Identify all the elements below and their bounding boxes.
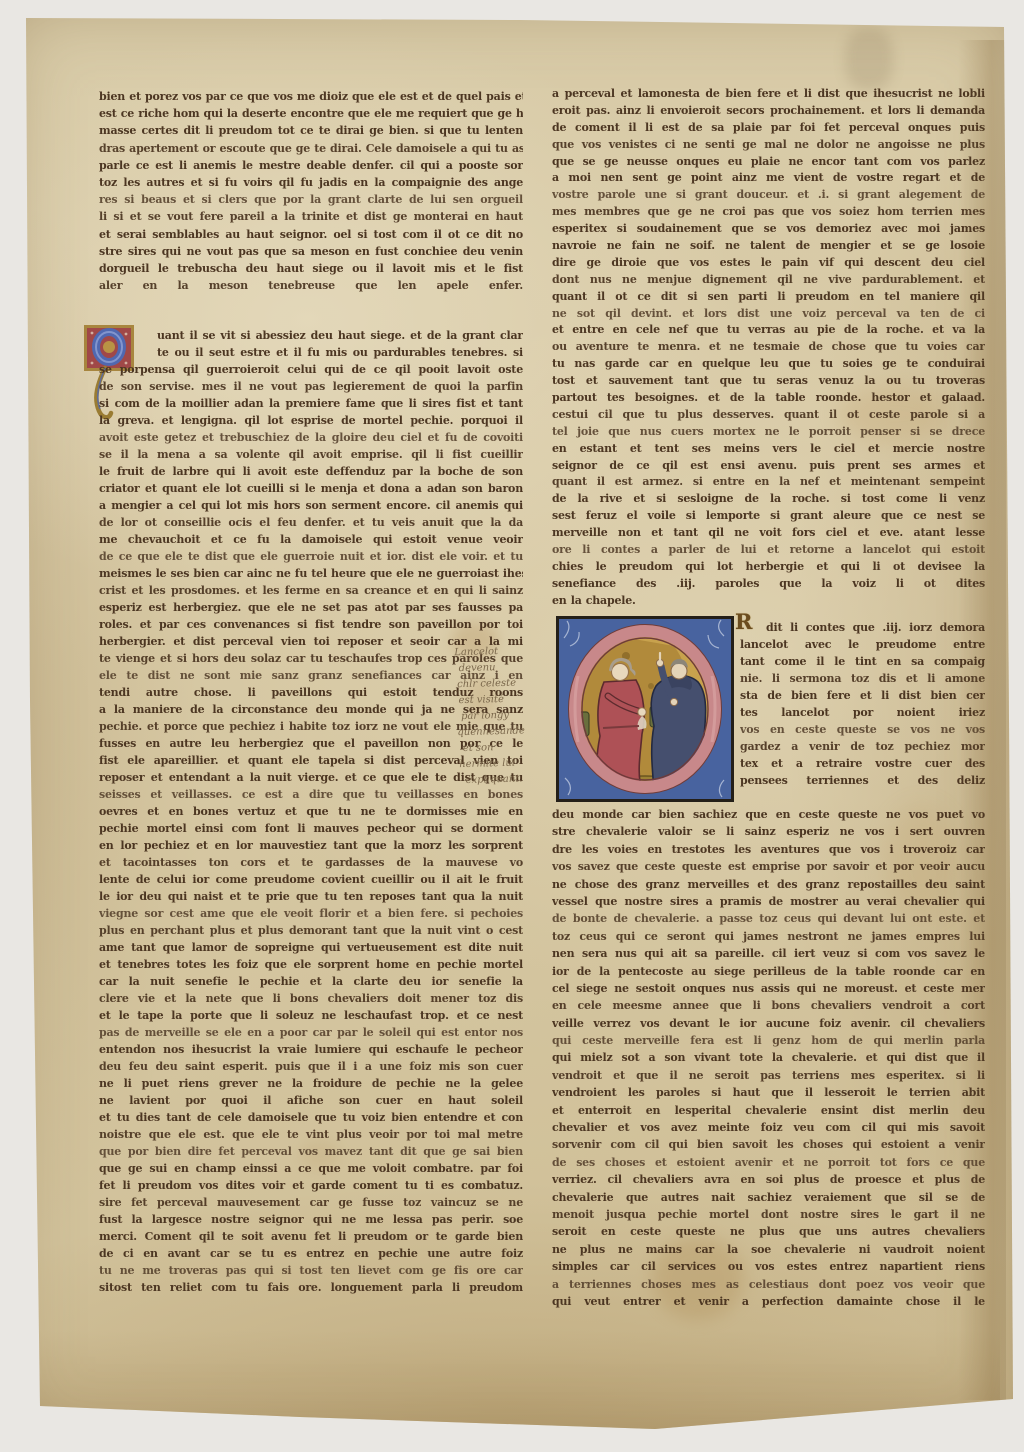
text-line: et enterroit en lesperital chevalerie en… (552, 1102, 985, 1119)
text-line: si com de la moillier adan la premiere f… (99, 395, 523, 412)
text-line: chevalier et vos avez meinte foiz veu co… (552, 1119, 985, 1136)
text-line: a terriennes choses mes as celestiaus do… (552, 1276, 985, 1293)
text-line: de coment il li est de sa plaie par foi … (552, 120, 985, 137)
text-line: quant il est armez. si entre en la nef e… (552, 474, 985, 491)
text-line: expliquant. (465, 771, 549, 789)
text-line: qui ceste merveille fera est li genz hom… (552, 1032, 985, 1049)
text-line: que vos venistes ci ne senti ge mal ne d… (552, 137, 985, 154)
text-line: noistre que ele est. que ele te vint plu… (99, 1126, 523, 1143)
text-line: senefiance des .iij. paroles que la voiz… (552, 576, 985, 593)
text-line: cestui cil que tu plus desserves. quant … (552, 407, 985, 424)
text-line: deu monde car bien sachiez que en ceste … (552, 806, 985, 823)
text-line: en la chapele. (552, 593, 985, 610)
text-line: seroit en ceste queste ne plus que uns a… (552, 1223, 985, 1240)
text-line: li si et se vout fere pareil a la trinit… (99, 208, 523, 225)
text-line: de ce que ele te dist que ele guerroie n… (99, 548, 523, 565)
manuscript-leaf: bien et porez vos par ce que vos me dioi… (0, 0, 1024, 1452)
text-line: dre les voies en trestotes les aventures… (552, 841, 985, 858)
left-column-paragraph-2: uant il se vit si abessiez deu haut sieg… (99, 327, 523, 1296)
text-line: chies le preudom qui lot herbergie et qu… (552, 559, 985, 576)
text-line: que se ge neusse onques eu plaie ne enco… (552, 154, 985, 171)
text-line: se porpensa qil guerroieroit celui qui d… (99, 361, 523, 378)
text-line: vessel que nostre sires a pramis de most… (552, 893, 985, 910)
text-line: qui mielz sot a son vivant tote la cheva… (552, 1049, 985, 1066)
text-line: sire fet perceval mauvesement car ge fus… (99, 1194, 523, 1211)
text-line: parle ce est li anemis le mestre deable … (99, 157, 523, 174)
text-line: cel siege ne sestoit onques nus assis qu… (552, 980, 985, 997)
text-line: te ou il seut estre et il fu mis ou pard… (157, 344, 523, 361)
ink-offset-ghost (845, 28, 893, 90)
text-line: merveille non et tant qil ne voit fors c… (552, 525, 985, 542)
text-line: eroit pas. ainz li envoieroit secors pro… (552, 103, 985, 120)
text-line: pechie mortel einsi com font li mauves p… (99, 820, 523, 837)
text-line: me chevauchoit et ce fu la damoisele qui… (99, 531, 523, 548)
text-line: seignor de ce qil est ensi avenu. puis p… (552, 458, 985, 475)
text-line: ne chose des granz merveilles et des gra… (552, 876, 985, 893)
text-line: de ci en avant car se tu es entrez en pe… (99, 1245, 523, 1262)
text-line: en lor pechiez et en lor mauvestiez tant… (99, 837, 523, 854)
text-line: tu nas garde car en quelque leu que tu s… (552, 356, 985, 373)
text-line: de bonte de chevalerie. a passe toz ceus… (552, 910, 985, 927)
text-line: simples car cil services ou vos estes en… (552, 1258, 985, 1275)
text-line: merci. Coment qil te soit avenu fet li p… (99, 1228, 523, 1245)
text-line: pensees terriennes et des deliz (740, 772, 985, 789)
right-column-paragraph-2-full-lines: deu monde car bien sachiez que en ceste … (552, 806, 985, 1310)
text-line: menoit jusqua pechie mortel dont nostre … (552, 1206, 985, 1223)
left-column-paragraph-1: bien et porez vos par ce que vos me dioi… (99, 88, 523, 311)
text-line: tex et a retraire vostre cuer des (740, 755, 985, 772)
text-line: masse certes dit li preudom tot ce te di… (99, 122, 523, 139)
text-line: car la nuit senefie le pechie et la clar… (99, 973, 523, 990)
text-line: entendon nos ihesucrist la vraie lumiere… (99, 1041, 523, 1058)
text-line: plus en perchant plus et plus demorant t… (99, 922, 523, 939)
text-line: lente de celui ior come preudome covient… (99, 871, 523, 888)
text-line: stre sires qui ne vout pas que sa meson … (99, 243, 523, 260)
text-line: dras apertement or escoute que ge te dir… (99, 140, 523, 157)
text-line: sorvenir com cil qui bien savoit les cho… (552, 1136, 985, 1153)
text-line: esperitex si soudainement que se vos dem… (552, 221, 985, 238)
text-line: oevres et en bones vertuz et que tu ne t… (99, 803, 523, 820)
text-line: nie. li sermona toz dis et li amone (740, 670, 985, 687)
text-line: sest feruz el voile si lemporte si grant… (552, 508, 985, 525)
text-line: toz ceus qui ce seront qui james nestron… (552, 928, 985, 945)
text-line: ame tant que lamor de sopreigne qui vert… (99, 939, 523, 956)
text-line: de lor ot conseillie ocis el feu denfer.… (99, 514, 523, 531)
text-line: dire ge diroie que vos estes le pain vif… (552, 255, 985, 272)
text-line: est ce riche hom qui la deserte encontre… (99, 105, 523, 122)
photo-backdrop: bien et porez vos par ce que vos me dioi… (0, 0, 1024, 1452)
text-line: tost et sauvement tant que tu seras venu… (552, 373, 985, 390)
text-line: vendroit et que il ne seroit pas terrien… (552, 1067, 985, 1084)
text-line: aler en la meson tenebreuse que len apel… (99, 277, 523, 294)
text-line: a perceval et lamonesta de bien fere et … (552, 86, 985, 103)
text-line: stre chevalerie valoir se li sainz esper… (552, 823, 985, 840)
text-line: avoit este getez et trebuschiez de la gl… (99, 429, 523, 446)
text-line: mes membres que ge ne croi pas que vos s… (552, 204, 985, 221)
text-line: le ior deu qui naist et te prie que tu t… (99, 888, 523, 905)
text-line: de son servise. mes il ne vout pas legie… (99, 378, 523, 395)
text-line: quant il ot ce dit si sen parti li preud… (552, 289, 985, 306)
text-line: en estant et tent ses meins vers le ciel… (552, 441, 985, 458)
text-line: crist et les prosdomes. et les ferme en … (99, 582, 523, 599)
text-line: res si beaus et si clers que por la gran… (99, 191, 523, 208)
text-line: deu feu deu saint esperit. puis que il i… (99, 1058, 523, 1075)
text-line: criator et quant ele lot cueilli si le m… (99, 480, 523, 497)
text-line: verriez. cil chevaliers avra en soi plus… (552, 1171, 985, 1188)
text-line: esperiz est herbergiez. que ele ne set p… (99, 599, 523, 616)
text-line: tel joie que nus cuers mortex ne le porr… (552, 424, 985, 441)
text-line: le fruit de larbre qui li avoit este def… (99, 463, 523, 480)
text-line: navroie ne fain ne soif. ne talent de me… (552, 238, 985, 255)
text-line: meismes le ses bien car ainc ne fu tel h… (99, 565, 523, 582)
text-line: fust la largesce nostre seignor qui ne m… (99, 1211, 523, 1228)
bottom-margin-discoloration (20, 1330, 1000, 1440)
text-line: nen sera nus qui ait sa pareille. cil ie… (552, 945, 985, 962)
text-line: vostre parole une si grant douceur. et .… (552, 187, 985, 204)
text-line: clere vie et la nete que li bons chevali… (99, 990, 523, 1007)
margin-annotation: Lancelotdevenuchlr celesteest visitépar … (454, 643, 550, 789)
text-line: partout tes besoignes. et de la table ro… (552, 390, 985, 407)
text-line: et tacointasses ton cors et te gardasses… (99, 854, 523, 871)
text-line: ou aventure te menra. et ne tesmaie de c… (552, 339, 985, 356)
text-line: qui veut entrer et venir a perfection da… (552, 1293, 985, 1310)
text-line: et le tape la porte que li soleuz ne les… (99, 1007, 523, 1024)
text-line: veille verrez vos devant le ior aucune f… (552, 1015, 985, 1032)
text-line: pas de merveille se ele en a poor car pa… (99, 1024, 523, 1041)
text-line: viegne sor cest ame que ele veoit florir… (99, 905, 523, 922)
right-column-paragraph-2-wrapped-lines: dit li contes que .iij. iorz demoralance… (740, 619, 985, 789)
text-line: uant il se vit si abessiez deu haut sieg… (157, 327, 523, 344)
text-line: vos savez que ceste queste est emprise p… (552, 858, 985, 875)
text-line: que ge sui en champ einssi a ce que me v… (99, 1160, 523, 1177)
text-line: lancelot avec le preudome entre (740, 636, 985, 653)
text-line: roles. et par ces convenances si fist te… (99, 616, 523, 633)
historiated-initial-o (556, 616, 734, 802)
text-line: se il la mena a sa volente qil avoit emp… (99, 446, 523, 463)
text-line: bien et porez vos par ce que vos me dioi… (99, 88, 523, 105)
text-line: sitost ten reliet com tu fais ore. longu… (99, 1279, 523, 1296)
text-line: fet li preudom vos dites voir et garde c… (99, 1177, 523, 1194)
text-line: vendroient les paroles si haut que il le… (552, 1084, 985, 1101)
text-line: gardez a venir de toz pechiez mor (740, 738, 985, 755)
text-line: dont nus ne menjue dignement qil ne vive… (552, 272, 985, 289)
text-line: tant come il le tint en sa compaig (740, 653, 985, 670)
text-line: sta de bien fere et li dist bien cer (740, 687, 985, 704)
text-line: en cele meesme annee que li bons chevali… (552, 997, 985, 1014)
text-line: de ses choses et estoient avenir et ne p… (552, 1154, 985, 1171)
text-line: ior de la pentecoste au siege perilleus … (552, 963, 985, 980)
text-line: que por bien dire fet perceval vos mavez… (99, 1143, 523, 1160)
text-line: et tenebres totes les foiz que ele sorpr… (99, 956, 523, 973)
text-line: tes lancelot por noient iriez (740, 704, 985, 721)
text-line: chevalerie que autres nait sachiez verai… (552, 1189, 985, 1206)
right-column-paragraph-1: a perceval et lamonesta de bien fere et … (552, 86, 985, 610)
text-line (99, 294, 523, 311)
text-line: vos en ceste queste se vos ne vos (740, 721, 985, 738)
text-line: dorgueil le trebuscha deu haut siege ou … (99, 260, 523, 277)
text-line: dit li contes que .iij. iorz demora (766, 619, 985, 636)
text-line: de la rive et si sesloigne de la roche. … (552, 491, 985, 508)
text-line: ore li contes a parler de lui et retorne… (552, 542, 985, 559)
text-line: et entre en cele nef que tu verras au pi… (552, 322, 985, 339)
text-line: ne li puet riens grever ne la froidure d… (99, 1075, 523, 1092)
text-line: ne lavient por quoi il afiche son cuer e… (99, 1092, 523, 1109)
text-line: ne plus ne mains car la soe chevalerie n… (552, 1241, 985, 1258)
text-line: ne sot qil devint. et lors dist une voiz… (552, 306, 985, 323)
text-line: tu ne me troveras pas qui si tost ten li… (99, 1262, 523, 1279)
text-line: toz les autres et si fu voirs qil fu jad… (99, 174, 523, 191)
text-line: et serai semblables au haut seignor. oel… (99, 226, 523, 243)
text-line: la greva. et lengigna. qil lot esprise d… (99, 412, 523, 429)
text-line: a mengier a cel qui lot mis hors son ser… (99, 497, 523, 514)
text-line: et tu dies tant de cele damoisele que tu… (99, 1109, 523, 1126)
text-line: a moi nen sent ge point ainz me vient de… (552, 170, 985, 187)
